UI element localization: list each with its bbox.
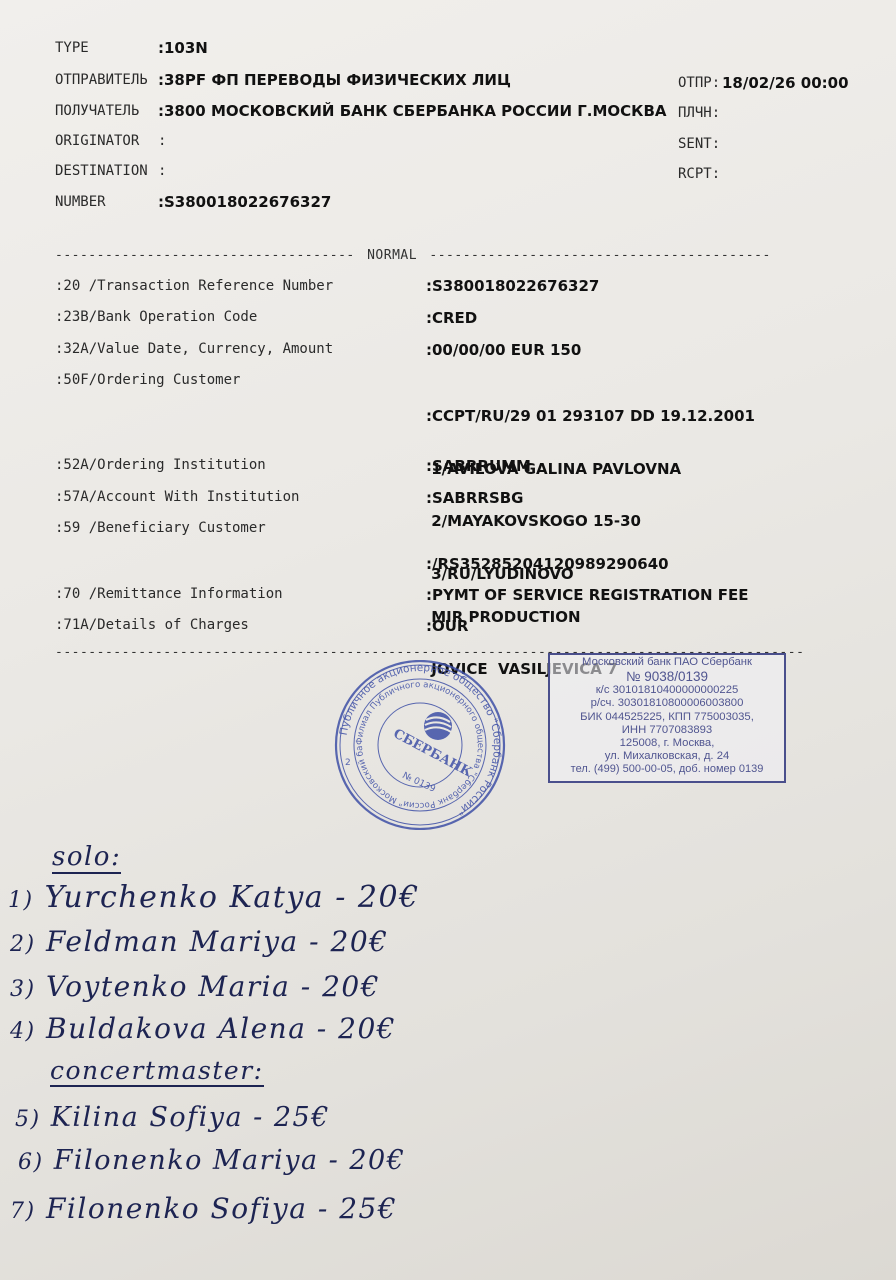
seal-number: № 0139	[401, 771, 437, 795]
type-value: :103N	[158, 39, 208, 57]
list-item: 2) Feldman Mariya - 20€	[10, 925, 388, 958]
field-label: :70 /Remittance Information	[55, 586, 283, 602]
sberbank-logo-icon	[424, 712, 452, 740]
stamp-line: 125008, г. Москва,	[550, 737, 784, 750]
field-label: :59 /Beneficiary Customer	[55, 520, 266, 536]
normal-separator: ------------------------------------ NOR…	[55, 248, 845, 263]
field-value-line: :S380018022676327	[426, 278, 599, 296]
seal-mark: 2	[345, 758, 351, 768]
field-value-line: :/RS35285204120989290640	[426, 556, 669, 574]
originator-value: :	[158, 133, 166, 149]
item-amount: - 20€	[335, 880, 419, 915]
number-label: NUMBER	[55, 194, 106, 210]
item-name: Kilina Sofiya	[51, 1102, 243, 1133]
field-label: :71A/Details of Charges	[55, 617, 249, 633]
item-number: 5)	[15, 1107, 41, 1132]
stamp-line: № 9038/0139	[550, 669, 784, 684]
number-value: :S380018022676327	[158, 193, 331, 211]
list-item: 4) Buldakova Alena - 20€	[10, 1012, 396, 1045]
field-value-line: :SABRRSBG	[426, 490, 524, 508]
item-number: 7)	[10, 1199, 36, 1224]
item-number: 2)	[10, 932, 36, 957]
sender-value: :38PF ФП ПЕРЕВОДЫ ФИЗИЧЕСКИХ ЛИЦ	[158, 71, 511, 89]
concertmaster-heading: concertmaster:	[50, 1056, 264, 1087]
item-name: Feldman Mariya	[46, 925, 299, 958]
field-label: :52A/Ordering Institution	[55, 457, 266, 473]
item-name: Filonenko Sofiya	[46, 1192, 307, 1225]
round-bank-seal: Публичное акционерное общество "Сбербанк…	[330, 660, 510, 830]
stamp-line: БИК 044525225, КПП 775003035,	[550, 711, 784, 724]
receiver-label: ПОЛУЧАТЕЛЬ	[55, 103, 139, 119]
stamp-line: Московский банк ПАО Сбербанк	[550, 656, 784, 669]
field-value: :S380018022676327	[426, 278, 599, 296]
separator-dashes-left: ------------------------------------	[55, 248, 355, 263]
type-label: TYPE	[55, 40, 89, 56]
sent-label: SENT:	[678, 136, 720, 152]
item-name: Filonenko Mariya	[54, 1145, 319, 1176]
field-label: :20 /Transaction Reference Number	[55, 278, 333, 294]
field-value-line: :PYMT OF SERVICE REGISTRATION FEE	[426, 587, 749, 605]
rcpt-label: RCPT:	[678, 166, 720, 182]
field-value-line: :00/00/00 EUR 150	[426, 342, 581, 360]
separator-label: NORMAL	[363, 248, 421, 263]
list-item: 6) Filonenko Mariya - 20€	[18, 1145, 405, 1176]
destination-label: DESTINATION	[55, 163, 148, 179]
field-label: :32A/Value Date, Currency, Amount	[55, 341, 333, 357]
separator-dashes-right: ----------------------------------------…	[429, 248, 770, 263]
item-amount: - 20€	[317, 1012, 396, 1045]
sent-date-value: 18/02/26 00:00	[722, 74, 849, 92]
solo-heading: solo:	[52, 842, 121, 874]
stamp-line: к/с 30101810400000000225	[550, 684, 784, 697]
list-item: 5) Kilina Sofiya - 25€	[15, 1102, 330, 1133]
item-number: 3)	[10, 977, 36, 1002]
item-amount: - 25€	[318, 1192, 397, 1225]
field-value: :PYMT OF SERVICE REGISTRATION FEE	[426, 587, 749, 605]
item-amount: - 25€	[253, 1102, 330, 1133]
field-label: :50F/Ordering Customer	[55, 372, 240, 388]
item-amount: - 20€	[301, 970, 380, 1003]
sent-date-label: ОТПР:	[678, 75, 720, 91]
receiver-value: :3800 МОСКОВСКИЙ БАНК СБЕРБАНКА РОССИИ Г…	[158, 102, 666, 120]
field-value: :OUR	[426, 618, 468, 636]
originator-label: ORIGINATOR	[55, 133, 139, 149]
stamp-line: ул. Михалковская, д. 24	[550, 750, 784, 763]
field-value: :CRED	[426, 310, 477, 328]
field-value: :SABRRSBG	[426, 490, 524, 508]
item-number: 4)	[10, 1019, 36, 1044]
field-value-line: :CRED	[426, 310, 477, 328]
field-value-line: :OUR	[426, 618, 468, 636]
item-amount: - 20€	[309, 925, 388, 958]
stamp-line: тел. (499) 500-00-05, доб. номер 0139	[550, 763, 784, 776]
field-value: :00/00/00 EUR 150	[426, 342, 581, 360]
list-item: 3) Voytenko Maria - 20€	[10, 970, 380, 1003]
field-value-line: :SABRRUMM	[426, 458, 531, 476]
item-amount: - 20€	[329, 1145, 406, 1176]
field-value: :SABRRUMM	[426, 458, 531, 476]
list-item: 1) Yurchenko Katya - 20€	[8, 880, 420, 915]
field-label: :57A/Account With Institution	[55, 489, 299, 505]
received-label: ПЛЧН:	[678, 105, 720, 121]
destination-value: :	[158, 163, 166, 179]
rectangular-bank-stamp: Московский банк ПАО Сбербанк № 9038/0139…	[548, 653, 786, 783]
field-value-line: :CCPT/RU/29 01 293107 DD 19.12.2001	[426, 408, 755, 426]
item-number: 1)	[8, 888, 34, 913]
item-name: Voytenko Maria	[46, 970, 290, 1003]
sender-label: ОТПРАВИТЕЛЬ	[55, 72, 148, 88]
item-name: Yurchenko Katya	[45, 880, 325, 915]
stamp-line: ИНН 7707083893	[550, 724, 784, 737]
item-number: 6)	[18, 1150, 44, 1175]
item-name: Buldakova Alena	[46, 1012, 306, 1045]
list-item: 7) Filonenko Sofiya - 25€	[10, 1192, 397, 1225]
stamp-line: р/сч. 30301810800006003800	[550, 697, 784, 710]
field-label: :23B/Bank Operation Code	[55, 309, 257, 325]
